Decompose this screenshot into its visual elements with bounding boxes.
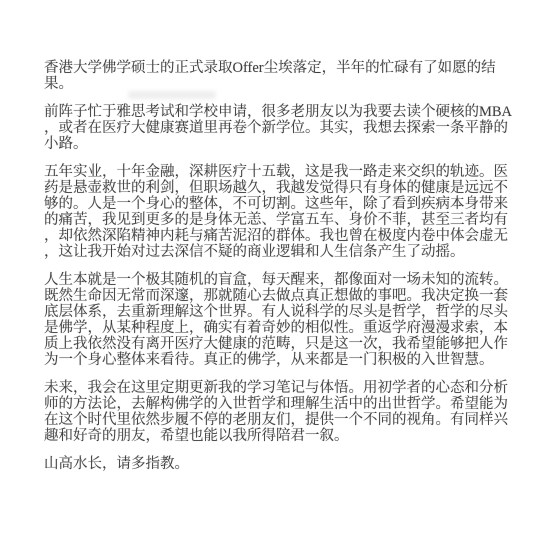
paragraph-life-philosophy: 人生本就是一个极其随机的盲盒，每天醒来，都像面对一场未知的流转。 既然生命因无常… (44, 272, 518, 368)
post-text-body: 香港大学佛学硕士的正式录取Offer尘埃落定，半年的忙碌有了如愿的结 果。 前阵… (44, 60, 518, 472)
paragraph-admission-result: 香港大学佛学硕士的正式录取Offer尘埃落定，半年的忙碌有了如愿的结 果。 (44, 60, 518, 92)
paragraph-future-plan: 未来，我会在这里定期更新我的学习笔记与体悟。用初学者的心态和分析 师的方法论，去… (44, 380, 518, 444)
paragraph-career-reflection: 五年实业，十年金融，深耕医疗十五载，这是我一路走来交织的轨迹。医 药是悬壶救世的… (44, 164, 518, 260)
paragraph-friends-assumption: 前阵子忙于雅思考试和学校申请，很多老朋友以为我要去读个硬核的MBA ，或者在医疗… (44, 104, 518, 152)
paragraph-closing-remark: 山高水长，请多指教。 (44, 456, 518, 472)
document-page: 香港大学佛学硕士的正式录取Offer尘埃落定，半年的忙碌有了如愿的结 果。 前阵… (0, 0, 550, 544)
scan-artifact (128, 91, 216, 99)
